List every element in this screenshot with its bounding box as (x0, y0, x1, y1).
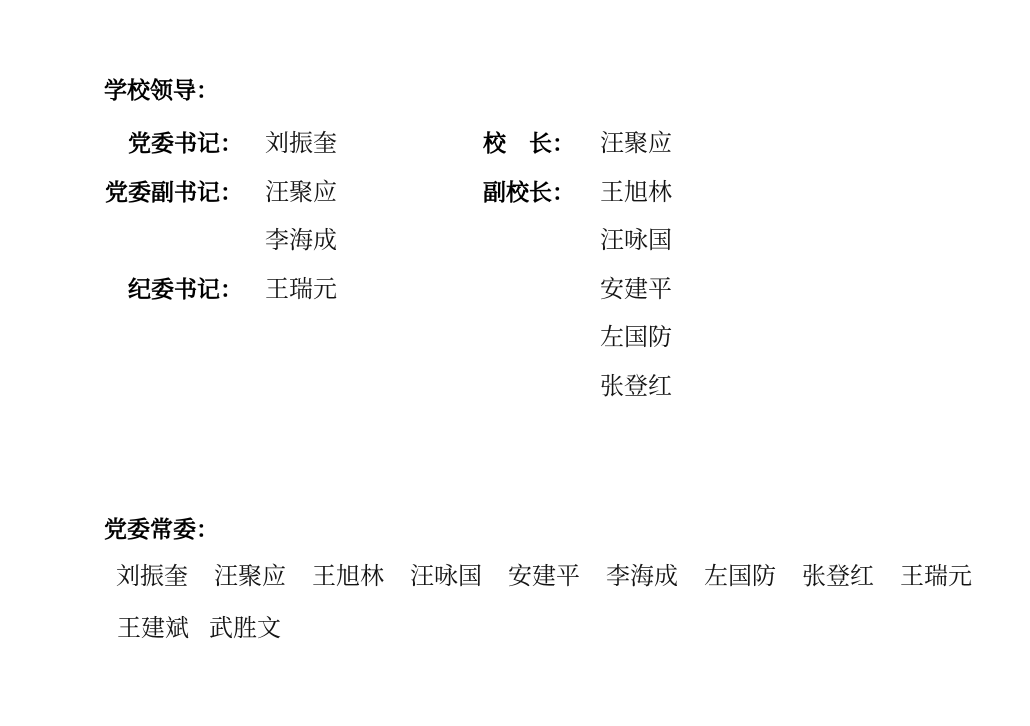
leader-title-label: 党委书记： (105, 131, 243, 156)
document-page: 学校领导： 党委书记： 刘振奎 党委副书记： 汪聚应 李海成 纪委书记： 王瑞元… (0, 0, 1030, 726)
leader-row: 党委副书记： 汪聚应 (105, 180, 337, 229)
committee-member-name: 安建平 (508, 563, 580, 589)
leader-name: 王旭林 (600, 180, 672, 205)
leader-row: 纪委书记： 王瑞元 (105, 277, 337, 326)
leadership-right-column: 校 长： 汪聚应 副校长： 王旭林 汪咏国 安建平 左国防 张登红 (483, 131, 672, 423)
leader-name: 刘振奎 (265, 131, 337, 156)
committee-member-name: 汪咏国 (410, 563, 482, 589)
committee-member-name: 王旭林 (312, 563, 384, 589)
leader-name: 安建平 (600, 277, 672, 302)
committee-member-name: 王瑞元 (900, 563, 972, 589)
leader-row: 汪咏国 (483, 228, 672, 277)
leader-title-label: 副校长： (483, 180, 575, 205)
leader-name: 汪聚应 (265, 180, 337, 205)
leader-row: 副校长： 王旭林 (483, 180, 672, 229)
leader-row: 左国防 (483, 325, 672, 374)
section-heading-school-leaders: 学校领导： (104, 78, 219, 103)
committee-member-name: 张登红 (802, 563, 874, 589)
leader-title-label: 党委副书记： (105, 180, 243, 205)
leader-name: 汪聚应 (600, 131, 672, 156)
leader-title-label: 校 长： (483, 131, 575, 156)
leader-title-label: 纪委书记： (105, 277, 243, 302)
leader-row: 张登红 (483, 374, 672, 423)
leader-row: 校 长： 汪聚应 (483, 131, 672, 180)
leader-row: 李海成 (105, 228, 337, 277)
standing-committee-row: 王建斌 武胜文 (117, 615, 281, 641)
standing-committee-row: 刘振奎 汪聚应 王旭林 汪咏国 安建平 李海成 左国防 张登红 王瑞元 (116, 563, 972, 589)
leader-row: 党委书记： 刘振奎 (105, 131, 337, 180)
leader-name: 汪咏国 (600, 228, 672, 253)
leader-name: 左国防 (600, 325, 672, 350)
section-heading-standing-committee: 党委常委： (104, 517, 219, 542)
committee-member-name: 左国防 (704, 563, 776, 589)
leader-name: 王瑞元 (265, 277, 337, 302)
committee-member-name: 刘振奎 (116, 563, 188, 589)
leadership-left-column: 党委书记： 刘振奎 党委副书记： 汪聚应 李海成 纪委书记： 王瑞元 (105, 131, 337, 325)
leader-name: 张登红 (600, 374, 672, 399)
leader-row: 安建平 (483, 277, 672, 326)
committee-member-name: 汪聚应 (214, 563, 286, 589)
committee-member-name: 武胜文 (209, 615, 281, 641)
leader-name: 李海成 (265, 228, 337, 253)
committee-member-name: 王建斌 (117, 615, 189, 641)
committee-member-name: 李海成 (606, 563, 678, 589)
